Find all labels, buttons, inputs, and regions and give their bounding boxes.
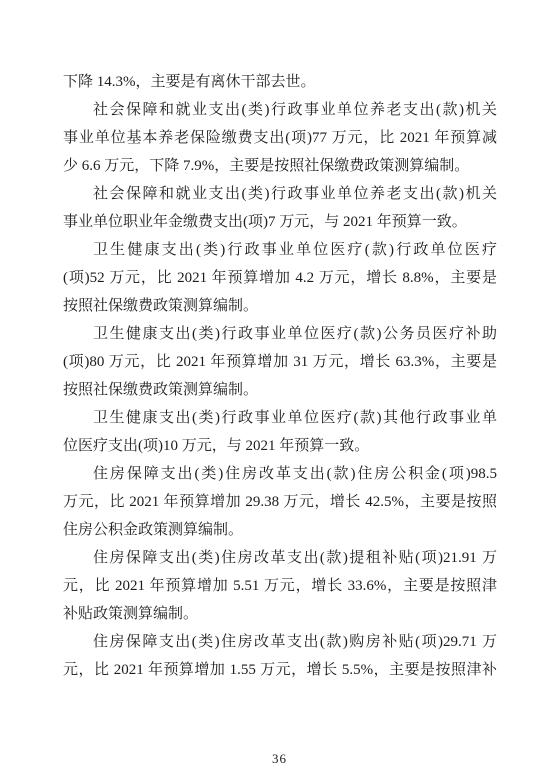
text-line: 位医疗支出(项)10 万元，与 2021 年预算一致。 [63, 432, 497, 460]
text-line: 住房保障支出(类)住房改革支出(款)住房公积金(项)98.5 [63, 460, 497, 488]
text-line: (项)52 万元，比 2021 年预算增加 4.2 万元，增长 8.8%，主要是 [63, 264, 497, 292]
text-line: 社会保障和就业支出(类)行政事业单位养老支出(款)机关 [63, 180, 497, 208]
text-line: 住房保障支出(类)住房改革支出(款)提租补贴(项)21.91 万 [63, 544, 497, 572]
text-line: 元，比 2021 年预算增加 1.55 万元，增长 5.5%，主要是按照津补 [63, 656, 497, 684]
text-line: 万元，比 2021 年预算增加 29.38 万元，增长 42.5%，主要是按照 [63, 488, 497, 516]
text-line: 按照社保缴费政策测算编制。 [63, 376, 497, 404]
text-line: 卫生健康支出(类)行政事业单位医疗(款)其他行政事业单 [63, 404, 497, 432]
text-line: 住房保障支出(类)住房改革支出(款)购房补贴(项)29.71 万 [63, 628, 497, 656]
text-line: 事业单位基本养老保险缴费支出(项)77 万元，比 2021 年预算减 [63, 124, 497, 152]
text-line: 卫生健康支出(类)行政事业单位医疗(款)行政单位医疗 [63, 236, 497, 264]
document-text-block: 下降 14.3%，主要是有离休干部去世。社会保障和就业支出(类)行政事业单位养老… [63, 68, 497, 684]
text-line: 少 6.6 万元，下降 7.9%，主要是按照社保缴费政策测算编制。 [63, 152, 497, 180]
page-number: 36 [272, 751, 287, 766]
text-line: 卫生健康支出(类)行政事业单位医疗(款)公务员医疗补助 [63, 320, 497, 348]
text-line: 补贴政策测算编制。 [63, 600, 497, 628]
text-line: (项)80 万元，比 2021 年预算增加 31 万元，增长 63.3%，主要是 [63, 348, 497, 376]
text-line: 事业单位职业年金缴费支出(项)7 万元，与 2021 年预算一致。 [63, 208, 497, 236]
text-line: 元，比 2021 年预算增加 5.51 万元，增长 33.6%，主要是按照津 [63, 572, 497, 600]
page-footer: 36 [0, 750, 559, 768]
text-line: 按照社保缴费政策测算编制。 [63, 292, 497, 320]
text-line: 社会保障和就业支出(类)行政事业单位养老支出(款)机关 [63, 96, 497, 124]
document-page: 下降 14.3%，主要是有离休干部去世。社会保障和就业支出(类)行政事业单位养老… [0, 0, 559, 780]
text-line: 下降 14.3%，主要是有离休干部去世。 [63, 68, 497, 96]
text-line: 住房公积金政策测算编制。 [63, 516, 497, 544]
